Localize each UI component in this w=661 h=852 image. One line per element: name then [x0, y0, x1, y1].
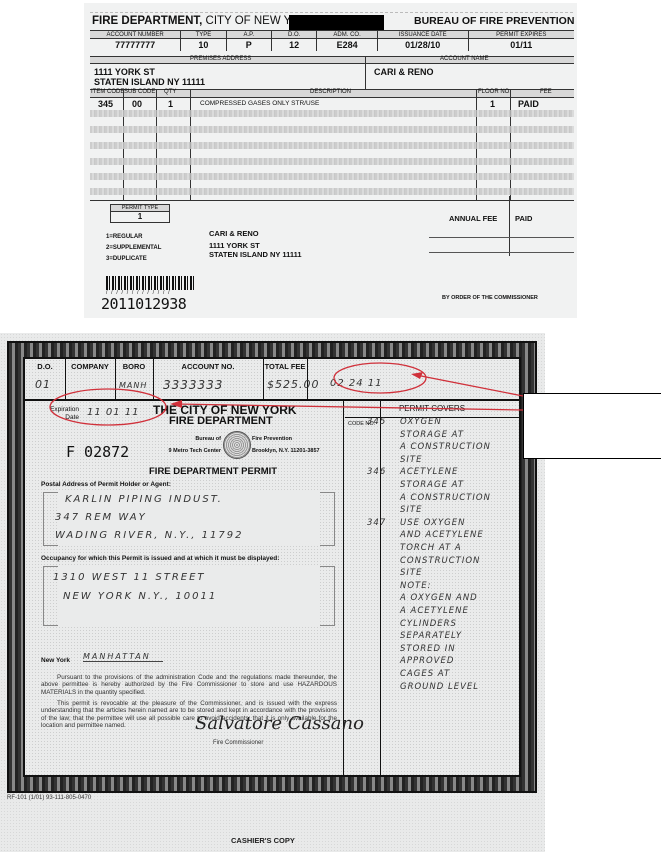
cover-line: STORAGE AT — [400, 479, 464, 491]
barcode-number: 2011012938 — [101, 295, 186, 313]
by-order-text: BY ORDER OF THE COMMISSIONER — [442, 295, 538, 301]
occupancy-label: Occupancy for which this Permit is issue… — [41, 555, 279, 562]
postal-line: 347 REM WAY — [55, 512, 147, 523]
cover-line: SITE — [400, 504, 422, 516]
cover-line: A ACETYLENE — [400, 605, 469, 617]
fee: PAID — [518, 99, 539, 109]
authorization-paragraph: Pursuant to the provisions of the admini… — [41, 674, 337, 696]
permit-expires: 01/11 — [468, 39, 574, 52]
cover-line: CYLINDERS — [400, 618, 457, 630]
office-city: Brooklyn, N.Y. 11201-3857 — [252, 448, 320, 454]
divider — [365, 56, 366, 89]
do-label: D.O. — [25, 362, 65, 371]
field-label: TYPE — [181, 31, 226, 39]
fire-department-permit-certificate: D.O. 01 COMPANY BORO MANH ACCOUNT NO. 33… — [0, 333, 545, 852]
blank-row — [90, 142, 574, 149]
annual-permit-card: FIRE DEPARTMENT, CITY OF NEW YORK BUREAU… — [84, 3, 577, 318]
annual-fee-block: ANNUAL FEE PAID — [429, 196, 574, 256]
occupancy-line: NEW YORK N.Y., 10011 — [63, 591, 217, 602]
cover-line: NOTE: — [400, 580, 431, 592]
cover-line: CONSTRUCTION — [400, 555, 480, 567]
type-value: 10 — [181, 39, 226, 52]
bureau-title: BUREAU OF FIRE PREVENTION — [414, 15, 574, 27]
bureau-name: Fire Prevention — [252, 436, 292, 442]
postal-line: KARLIN PIPING INDUST. — [65, 494, 223, 505]
annual-fee-label: ANNUAL FEE — [449, 214, 497, 223]
items-header: ITEM CODE SUB CODE QTY DESCRIPTION FLOOR… — [90, 89, 574, 98]
permit-fields-table: ACCOUNT NUMBER TYPE A.P. D.O. ADM. CO. I… — [90, 30, 574, 51]
bureau-label: Bureau of — [187, 436, 221, 442]
account-number: 77777777 — [90, 39, 181, 52]
floor-no: 1 — [490, 99, 495, 109]
blank-row — [90, 188, 574, 195]
field-label: ACCOUNT NUMBER — [90, 31, 181, 39]
cover-line: TORCH AT A — [400, 542, 462, 554]
ap-value: P — [226, 39, 271, 52]
blank-row — [90, 126, 574, 133]
do-value: 12 — [271, 39, 316, 52]
permit-header: FIRE DEPARTMENT, CITY OF NEW YORK — [92, 15, 316, 27]
boro-value: MANH — [119, 381, 147, 390]
expiration-value: 11 01 11 — [87, 407, 140, 418]
cover-line: SITE — [400, 567, 422, 579]
cover-line: SITE — [400, 454, 422, 466]
cover-line: A CONSTRUCTION — [400, 492, 491, 504]
items-table: ITEM CODE SUB CODE QTY DESCRIPTION FLOOR… — [90, 89, 574, 201]
blank-row — [90, 173, 574, 180]
item-code: 345 — [98, 99, 113, 109]
postal-address-label: Postal Address of Permit Holder or Agent… — [41, 481, 171, 488]
copy-label: CASHIER'S COPY — [231, 836, 295, 845]
cover-line: A CONSTRUCTION — [400, 441, 491, 453]
department-title: FIRE DEPARTMENT — [169, 415, 273, 427]
signature-label: Fire Commissioner — [213, 740, 263, 746]
cover-line: CAGES AT — [400, 668, 450, 680]
permit-type-box: PERMIT TYPE 1 — [110, 204, 170, 223]
field-label: D.O. — [271, 31, 316, 39]
postal-line: WADING RIVER, N.Y., 11792 — [55, 530, 243, 541]
company-label: COMPANY — [65, 362, 115, 371]
premises-address: 1111 YORK ST STATEN ISLAND NY 11111 — [94, 67, 205, 87]
issuance-date: 01/28/10 — [377, 39, 468, 52]
form-number: RF-101 (1/01) 93-111-805-0470 — [7, 795, 91, 801]
do-value: 01 — [35, 378, 51, 391]
city-seal-icon — [223, 431, 251, 459]
paid-date: 02 24 11 — [330, 378, 383, 389]
field-label: ISSUANCE DATE — [377, 31, 468, 39]
commissioner-signature: Salvatore Cassano — [195, 713, 364, 734]
borough-value: MANHATTAN — [83, 652, 163, 662]
cover-line: ACETYLENE — [400, 466, 458, 478]
permit-type-label: PERMIT TYPE — [111, 205, 169, 212]
sub-code: 00 — [132, 99, 142, 109]
borough-label: New York — [41, 657, 70, 664]
barcode — [106, 276, 196, 290]
blank-row — [90, 158, 574, 165]
cover-line: APPROVED — [400, 655, 454, 667]
cover-line: GROUND LEVEL — [400, 681, 479, 693]
account-row: D.O. 01 COMPANY BORO MANH ACCOUNT NO. 33… — [25, 359, 519, 401]
expiration-label: Expiration Date — [43, 406, 79, 422]
cover-line: OXYGEN — [400, 416, 442, 428]
qty: 1 — [168, 99, 173, 109]
field-label: PERMIT EXPIRES — [468, 31, 574, 39]
total-fee-value: $525.00 — [267, 378, 320, 391]
cover-code: 346 — [367, 466, 386, 478]
premises-label-bar: PREMISES ADDRESS ACCOUNT NAME — [90, 56, 574, 64]
permit-type-legend: 1=REGULAR 2=SUPPLEMENTAL 3=DUPLICATE — [106, 232, 161, 265]
permit-title: FIRE DEPARTMENT PERMIT — [149, 466, 277, 477]
cover-line: STORAGE AT — [400, 429, 464, 441]
account-no-value: 3333333 — [163, 378, 223, 392]
callout-box — [523, 393, 661, 459]
blank-row — [90, 110, 574, 117]
cover-line: USE OXYGEN — [400, 517, 465, 529]
account-no-label: ACCOUNT NO. — [153, 362, 263, 371]
cover-line: A OXYGEN AND — [400, 592, 478, 604]
cover-line: STORED IN — [400, 643, 456, 655]
account-name-label: ACCOUNT NAME — [440, 56, 489, 62]
boro-label: BORO — [115, 362, 153, 371]
item-description: COMPRESSED GASES ONLY STR/USE — [200, 100, 319, 107]
total-fee-label: TOTAL FEE — [263, 362, 307, 371]
cover-code: 345 — [367, 416, 386, 428]
cover-line: AND ACETYLENE — [400, 529, 484, 541]
office-address: 9 Metro Tech Center — [137, 448, 221, 454]
occupancy-line: 1310 WEST 11 STREET — [53, 572, 206, 583]
field-label: ADM. CO. — [317, 31, 378, 39]
field-label: A.P. — [226, 31, 271, 39]
account-name: CARI & RENO — [374, 67, 434, 77]
permit-type-value: 1 — [111, 212, 169, 222]
divider — [90, 12, 573, 13]
premises-label: PREMISES ADDRESS — [190, 56, 251, 62]
permit-number: F 02872 — [66, 443, 129, 461]
mailing-address: CARI & RENO 1111 YORK ST STATEN ISLAND N… — [209, 229, 302, 259]
annual-fee-value: PAID — [515, 214, 532, 223]
adm-co-value: E284 — [317, 39, 378, 52]
redaction-block — [289, 15, 384, 31]
cover-line: SEPARATELY — [400, 630, 462, 642]
cover-code: 347 — [367, 517, 386, 529]
